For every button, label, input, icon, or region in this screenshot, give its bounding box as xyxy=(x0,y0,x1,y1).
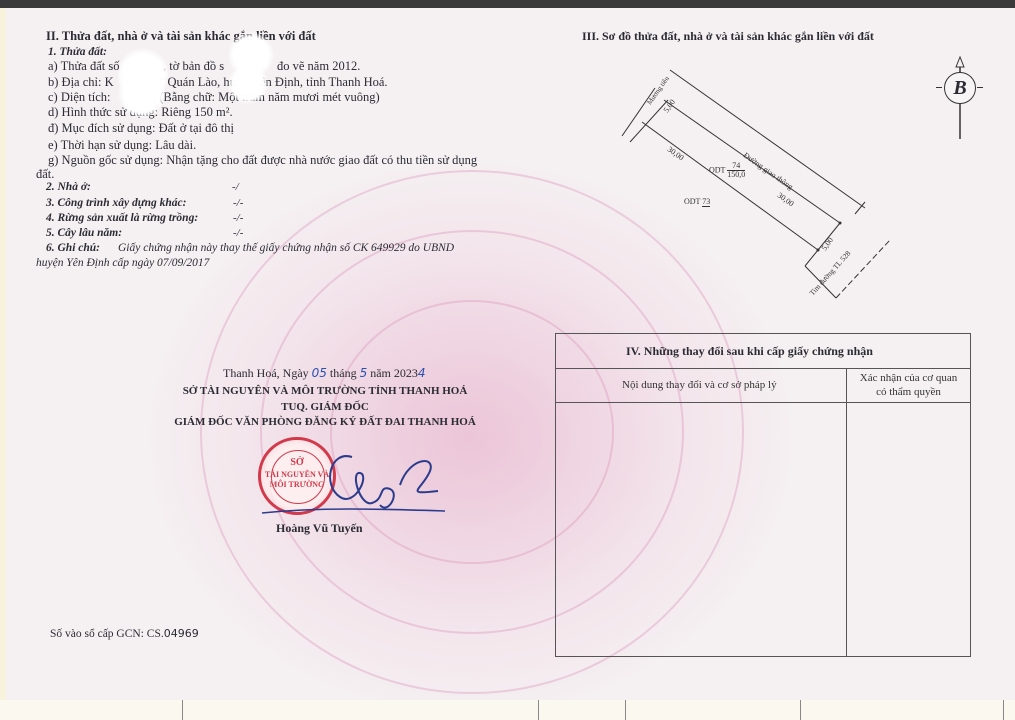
year-suffix: 4 xyxy=(418,366,426,380)
plot-fraction: 74 150,0 xyxy=(727,162,745,179)
registry-label: Số vào sổ cấp GCN: CS. xyxy=(50,628,164,640)
redaction-blur xyxy=(228,64,268,104)
section-title: IV. Những thay đổi sau khi cấp giấy chứn… xyxy=(626,344,873,358)
scan-top-edge xyxy=(0,0,1015,8)
usage-term: e) Thời hạn sử dụng: Lâu dài. xyxy=(48,138,196,152)
subsection-title: 1. Thửa đất: xyxy=(48,45,107,59)
compass-badge: B xyxy=(944,72,976,104)
divider xyxy=(182,700,183,720)
redaction-blur xyxy=(118,70,166,118)
item-value: -/- xyxy=(233,226,243,240)
signature-scribble xyxy=(260,445,450,520)
year-label: năm 2023 xyxy=(370,366,418,380)
signer-name: Hoàng Vũ Tuyến xyxy=(276,521,363,535)
table-header-row: Nội dung thay đổi và cơ sở pháp lý Xác n… xyxy=(556,368,970,403)
signing-day: 05 xyxy=(312,366,327,380)
area-in-words: , (Bằng chữ: Một trăm năm mươi mét vuông… xyxy=(153,90,380,104)
neighbor-plot-label: ODT 73 xyxy=(684,197,710,207)
address-province: ên Định, tỉnh Thanh Hoá. xyxy=(260,75,388,89)
land-type-code: ODT xyxy=(684,197,700,206)
office-title: GIÁM ĐỐC VĂN PHÒNG ĐĂNG KÝ ĐẤT ĐAI THANH… xyxy=(150,415,500,429)
usage-purpose: đ) Mục đích sử dụng: Đất ở tại đô thị xyxy=(48,121,234,135)
usage-origin-cont: đất. xyxy=(36,167,54,181)
scan-left-edge xyxy=(0,8,6,720)
address-label: b) Địa chỉ: K xyxy=(48,75,114,89)
signing-month: 5 xyxy=(360,366,368,380)
compass-tick xyxy=(936,87,942,88)
section-title: II. Thửa đất, nhà ở và tài sản khác gắn … xyxy=(46,29,316,43)
divider xyxy=(800,700,801,720)
usage-origin: g) Nguồn gốc sử dụng: Nhận tặng cho đất … xyxy=(48,153,477,167)
issuing-org: SỞ TÀI NGUYÊN VÀ MÔI TRƯỜNG TỈNH THANH H… xyxy=(150,384,500,398)
table-title-row: IV. Những thay đổi sau khi cấp giấy chứn… xyxy=(556,334,970,369)
place-date-label: Thanh Hoá, Ngày xyxy=(223,366,309,380)
item-value: -/- xyxy=(233,211,243,225)
registry-number: Số vào sổ cấp GCN: CS.04969 xyxy=(50,627,199,641)
plot-label: ODT 74 150,0 xyxy=(709,162,745,179)
signing-place-date: Thanh Hoá, Ngày 05 tháng 5 năm 20234 xyxy=(223,366,426,380)
table-cell-authority xyxy=(847,402,970,656)
item-label: 4. Rừng sản xuất là rừng trồng: xyxy=(46,211,198,225)
address-part: T Quán Lào, hu xyxy=(157,75,236,89)
table-cell-content xyxy=(556,402,846,656)
item-label: 2. Nhà ở: xyxy=(46,180,91,194)
registry-value: 04969 xyxy=(164,627,199,640)
map-sheet-label: , tờ bản đồ s xyxy=(163,59,224,73)
item-value: -/ xyxy=(232,180,239,194)
tuq-title: TUQ. GIÁM ĐỐC xyxy=(150,400,500,414)
survey-year: đo vẽ năm 2012. xyxy=(277,59,360,73)
divider xyxy=(625,700,626,720)
area-label: c) Diện tích: xyxy=(48,90,110,104)
item-label: 3. Công trình xây dựng khác: xyxy=(46,196,186,210)
land-type-code: ODT xyxy=(709,165,725,174)
changes-table: IV. Những thay đổi sau khi cấp giấy chứn… xyxy=(555,333,971,657)
neighbor-plot-number: 73 xyxy=(702,198,710,207)
parcel-number-label: a) Thửa đất số xyxy=(48,59,119,73)
item-label: 5. Cây lâu năm: xyxy=(46,226,122,240)
column-header-authority: Xác nhận của cơ quan có thẩm quyền xyxy=(847,371,970,399)
note-text: Giấy chứng nhận này thay thế giấy chứng … xyxy=(118,241,454,255)
month-label: tháng xyxy=(330,366,357,380)
item-value: -/- xyxy=(233,196,243,210)
column-header-line: Xác nhận của cơ quan xyxy=(847,371,970,385)
note-label: 6. Ghi chú: xyxy=(46,241,100,255)
plot-area: 150,0 xyxy=(727,171,745,179)
column-header-line: có thẩm quyền xyxy=(847,385,970,399)
scan-bottom-edge xyxy=(0,700,1015,720)
divider xyxy=(1003,700,1004,720)
divider xyxy=(538,700,539,720)
section-title: III. Sơ đồ thửa đất, nhà ở và tài sản kh… xyxy=(582,29,874,43)
note-text-cont: huyện Yên Định cấp ngày 07/09/2017 xyxy=(36,256,209,270)
compass-tick xyxy=(977,87,983,88)
column-header-content: Nội dung thay đổi và cơ sở pháp lý xyxy=(622,378,777,392)
